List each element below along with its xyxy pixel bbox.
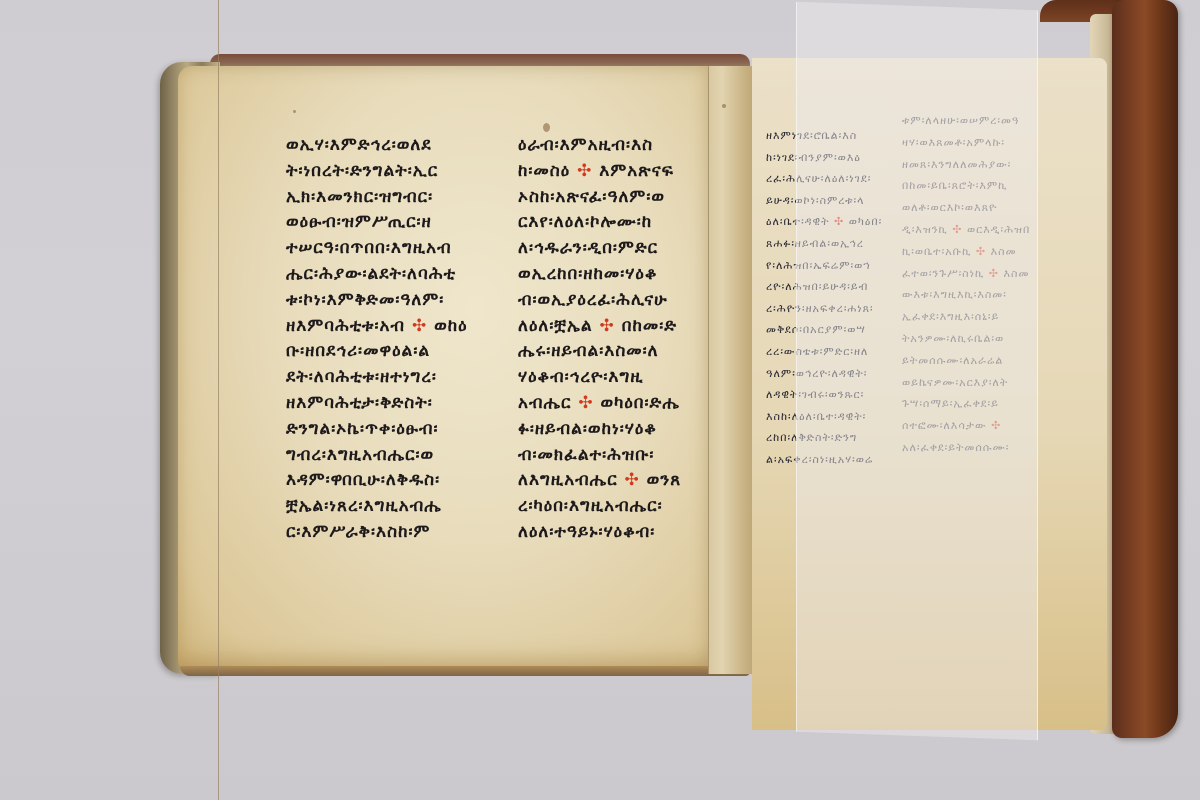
text-line: ለ፡ኅዱራን፡ዲበ፡ምድር <box>518 236 681 262</box>
text-line: ኦስከ፡አጽናፈ፡ዓለም፡ወ <box>518 185 681 211</box>
mounting-thread <box>218 0 219 800</box>
text-line: ዕራብ፡እምአዚብ፡እስ <box>518 133 681 159</box>
text-line: ዘእምባሕቲቱ፡አብ ✣ ወከዕ <box>286 314 468 340</box>
text-line: ለዕለ፡ቿኤል ✣ በከመ፡ድ <box>518 314 681 340</box>
leather-binding <box>1112 0 1178 738</box>
text-line: ለእግዚአብሔር ✣ ወንጸ <box>518 468 681 494</box>
left-column-a: ወኢሃ፡እምድኅረ፡ወለደ ት፡ነበረት፡ድንግልት፡ኢር ኢክ፡እመንክር፡ዝ… <box>286 133 468 546</box>
text-line: ኢክ፡እመንክር፡ዝግብር፡ <box>286 185 468 211</box>
interleaf-tissue <box>796 2 1038 740</box>
text-line: ለዕለ፡ተዓይኑ፡ሃዕቆብ፡ <box>518 520 681 546</box>
text-line: ብ፡መክፈልተ፡ሕዝቡ፡ <box>518 443 681 469</box>
stain <box>543 123 550 132</box>
text-line: ረ፡ካዕበ፡እግዚአብሔር፡ <box>518 494 681 520</box>
text-line: ድንግል፡ኦኬ፡ጥቀ፡ዕፁብ፡ <box>286 417 468 443</box>
text-line: ወዕፁብ፡ዝምሥጢር፡ዘ <box>286 210 468 236</box>
rubric-mark: ✣ <box>625 470 640 490</box>
text-line: ቱ፡ኮነ፡እምቅድመ፡ዓለም፡ <box>286 288 468 314</box>
left-column-b: ዕራብ፡እምአዚብ፡እስ ከ፡መስዕ ✣ እምአጽናፍ ኦስከ፡አጽናፈ፡ዓለም… <box>518 133 681 546</box>
text-line: ብ፡ወኢያዕረፈ፡ሕሊናሁ <box>518 288 681 314</box>
manuscript-photo: ወኢሃ፡እምድኅረ፡ወለደ ት፡ነበረት፡ድንግልት፡ኢር ኢክ፡እመንክር፡ዝ… <box>0 0 1200 800</box>
text-line: ሔር፡ሕያው፡ልደት፡ለባሕቲ <box>286 262 468 288</box>
text-line: ቡ፡ዘበደኅሪ፡መዋዕል፡ል <box>286 339 468 365</box>
text-line: ር፡እምሥራቅ፡እስከ፡ም <box>286 520 468 546</box>
text-line: አብሔር ✣ ወካዕበ፡ድሔ <box>518 391 681 417</box>
text-line: ደት፡ለባሕቲቱ፡ዘተነግረ፡ <box>286 365 468 391</box>
text-line: ርእየ፡ለዕለ፡ኮሎሙ፡ከ <box>518 210 681 236</box>
text-line: ዘእምባሕቲታ፡ቅድስት፡ <box>286 391 468 417</box>
stain <box>722 104 726 108</box>
stain <box>293 110 296 113</box>
rubric-mark: ✣ <box>578 393 593 413</box>
text-line: ት፡ነበረት፡ድንግልት፡ኢር <box>286 159 468 185</box>
text-line: ሔሩ፡ዘይብል፡እስመ፡ለ <box>518 339 681 365</box>
rubric-mark: ✣ <box>577 161 592 181</box>
rubric-mark: ✣ <box>412 316 427 336</box>
gutter <box>708 66 754 674</box>
text-line: ከ፡መስዕ ✣ እምአጽናፍ <box>518 159 681 185</box>
bottom-page-edge <box>180 666 750 676</box>
text-line: ተሠርዓ፡በጥበበ፡እግዚአብ <box>286 236 468 262</box>
text-line: ወኢሃ፡እምድኅረ፡ወለደ <box>286 133 468 159</box>
text-line: ሃዕቆብ፡ኅረዮ፡እግዚ <box>518 365 681 391</box>
text-line: እዳም፡ዋበቢሁ፡ለቅዱስ፡ <box>286 468 468 494</box>
text-line: ቿኤል፡ነጸረ፡እግዚአብሔ <box>286 494 468 520</box>
text-line: ወኢረከበ፡ዘከመ፡ሃዕቆ <box>518 262 681 288</box>
text-line: ፉ፡ዘይብል፡ወከነ፡ሃዕቆ <box>518 417 681 443</box>
rubric-mark: ✣ <box>600 316 615 336</box>
text-line: ግብረ፡እግዚአብሔር፡ወ <box>286 443 468 469</box>
